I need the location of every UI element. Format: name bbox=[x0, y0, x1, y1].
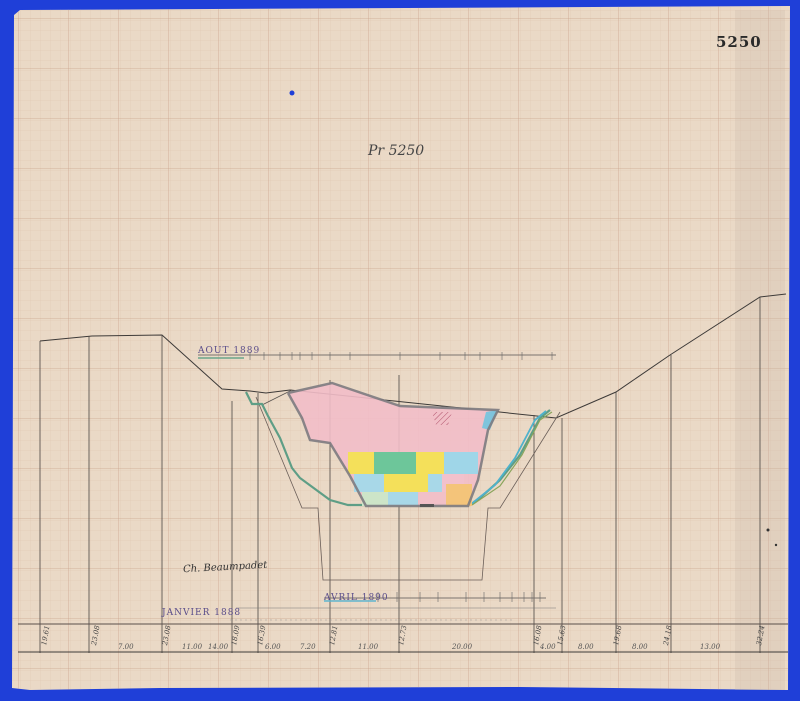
distance-label: 6.00 bbox=[265, 643, 281, 651]
distance-label: 4.00 bbox=[540, 643, 556, 651]
distance-label: 13.00 bbox=[700, 643, 720, 651]
distance-label: 14.00 bbox=[208, 643, 228, 651]
distance-label: 7.20 bbox=[300, 643, 316, 651]
profile-drawing-sheet bbox=[0, 0, 800, 701]
distance-label: 11.00 bbox=[182, 643, 202, 651]
distance-label: 7.00 bbox=[118, 643, 134, 651]
paper-sheet bbox=[12, 6, 790, 690]
distance-label: 8.00 bbox=[632, 643, 648, 651]
distance-label: 20.00 bbox=[452, 643, 472, 651]
distance-label: 11.00 bbox=[358, 643, 378, 651]
survey-date-aout: AOUT 1889 bbox=[198, 346, 260, 356]
sheet-number: 5250 bbox=[716, 33, 762, 51]
distance-label: 8.00 bbox=[578, 643, 594, 651]
ink-dot bbox=[290, 91, 295, 96]
survey-date-janvier: JANVIER 1888 bbox=[162, 608, 241, 618]
survey-date-avril: AVRIL 1890 bbox=[324, 593, 389, 603]
profile-title: Pr 5250 bbox=[368, 143, 424, 159]
